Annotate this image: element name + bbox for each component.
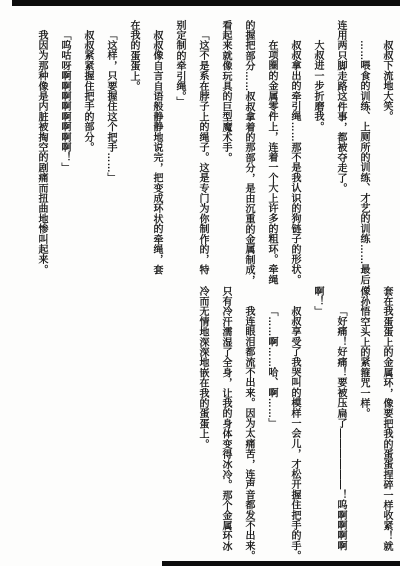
text-column: 「呜咕呀啊啊啊啊啊啊啊啊！」	[58, 20, 70, 306]
text-column: 「……啊……哈、啊……」	[265, 286, 277, 562]
scanned-document-page: 叔叔下流地大笑。 ……喂食的训练、上厕所的训练、才艺的训练……最后， 连用两只脚…	[0, 0, 400, 566]
text-column: 在我的蛋蛋上。	[127, 20, 139, 306]
text-column: 叔叔紧紧握住把手的部分。	[81, 20, 93, 306]
text-column: 冷而无情地深深地嵌在我的蛋蛋上。	[196, 286, 208, 562]
lower-text-block: 套在我蛋蛋上的金属环，像要把我的蛋蛋捏碎一样收紧！就 像孙悟空头上的紧箍咒一样。…	[196, 286, 392, 562]
text-column: 「这样，只要握住这个把手……」	[104, 20, 116, 306]
text-column: 连用两只脚走路这件事，都被夺走了。	[334, 20, 346, 306]
text-column: 叔叔拿出的牵引绳……那不是我认识的狗链子的形状。	[288, 20, 300, 306]
text-column: 在项圈的金属零件上，连着一个大上许多的粗环。牵绳	[265, 20, 277, 306]
text-column: 大叔进一步折磨我。	[311, 20, 323, 306]
text-column: 叔叔像自言自语般静静地说完，把变成环状的牵绳，套	[150, 20, 162, 306]
text-column: 「好痛！好痛！要被压扁了——————！呜啊啊啊啊	[334, 286, 346, 562]
scan-edge-top-bar	[12, 0, 400, 6]
text-column: 啊！」	[311, 286, 323, 562]
text-column: 我因为那种像是内脏被掏空的剧痛而扭曲地惨叫起来。	[35, 20, 47, 306]
text-column: 像孙悟空头上的紧箍咒一样。	[357, 286, 369, 562]
text-column: 只有冷汗濡湿了全身，让我的身体变得冰冷。那个金属环冰	[219, 286, 231, 562]
text-column: 套在我蛋蛋上的金属环，像要把我的蛋蛋捏碎一样收紧！就	[380, 286, 392, 562]
upper-text-block: 叔叔下流地大笑。 ……喂食的训练、上厕所的训练、才艺的训练……最后， 连用两只脚…	[35, 20, 392, 306]
text-column: 叔叔下流地大笑。	[380, 20, 392, 306]
text-column: 「这不是系在脖子上的绳子。这是专门为你制作的，特	[196, 20, 208, 306]
text-column: 我连眼泪都流不出来。因为太痛苦，连声音都发不出来。	[242, 286, 254, 562]
text-column: 看起来就像玩具的巨型魔术手。	[219, 20, 231, 306]
text-column: 别定制的牵引绳。」	[173, 20, 185, 306]
text-column: 叔叔享受了我哭叫的模样一会儿，才松开握住把手的手。	[288, 286, 300, 562]
text-column: ……喂食的训练、上厕所的训练、才艺的训练……最后，	[357, 20, 369, 306]
text-column: 的握把部分……叔叔拿着的那部分，是由沉重的金属制成，	[242, 20, 254, 306]
